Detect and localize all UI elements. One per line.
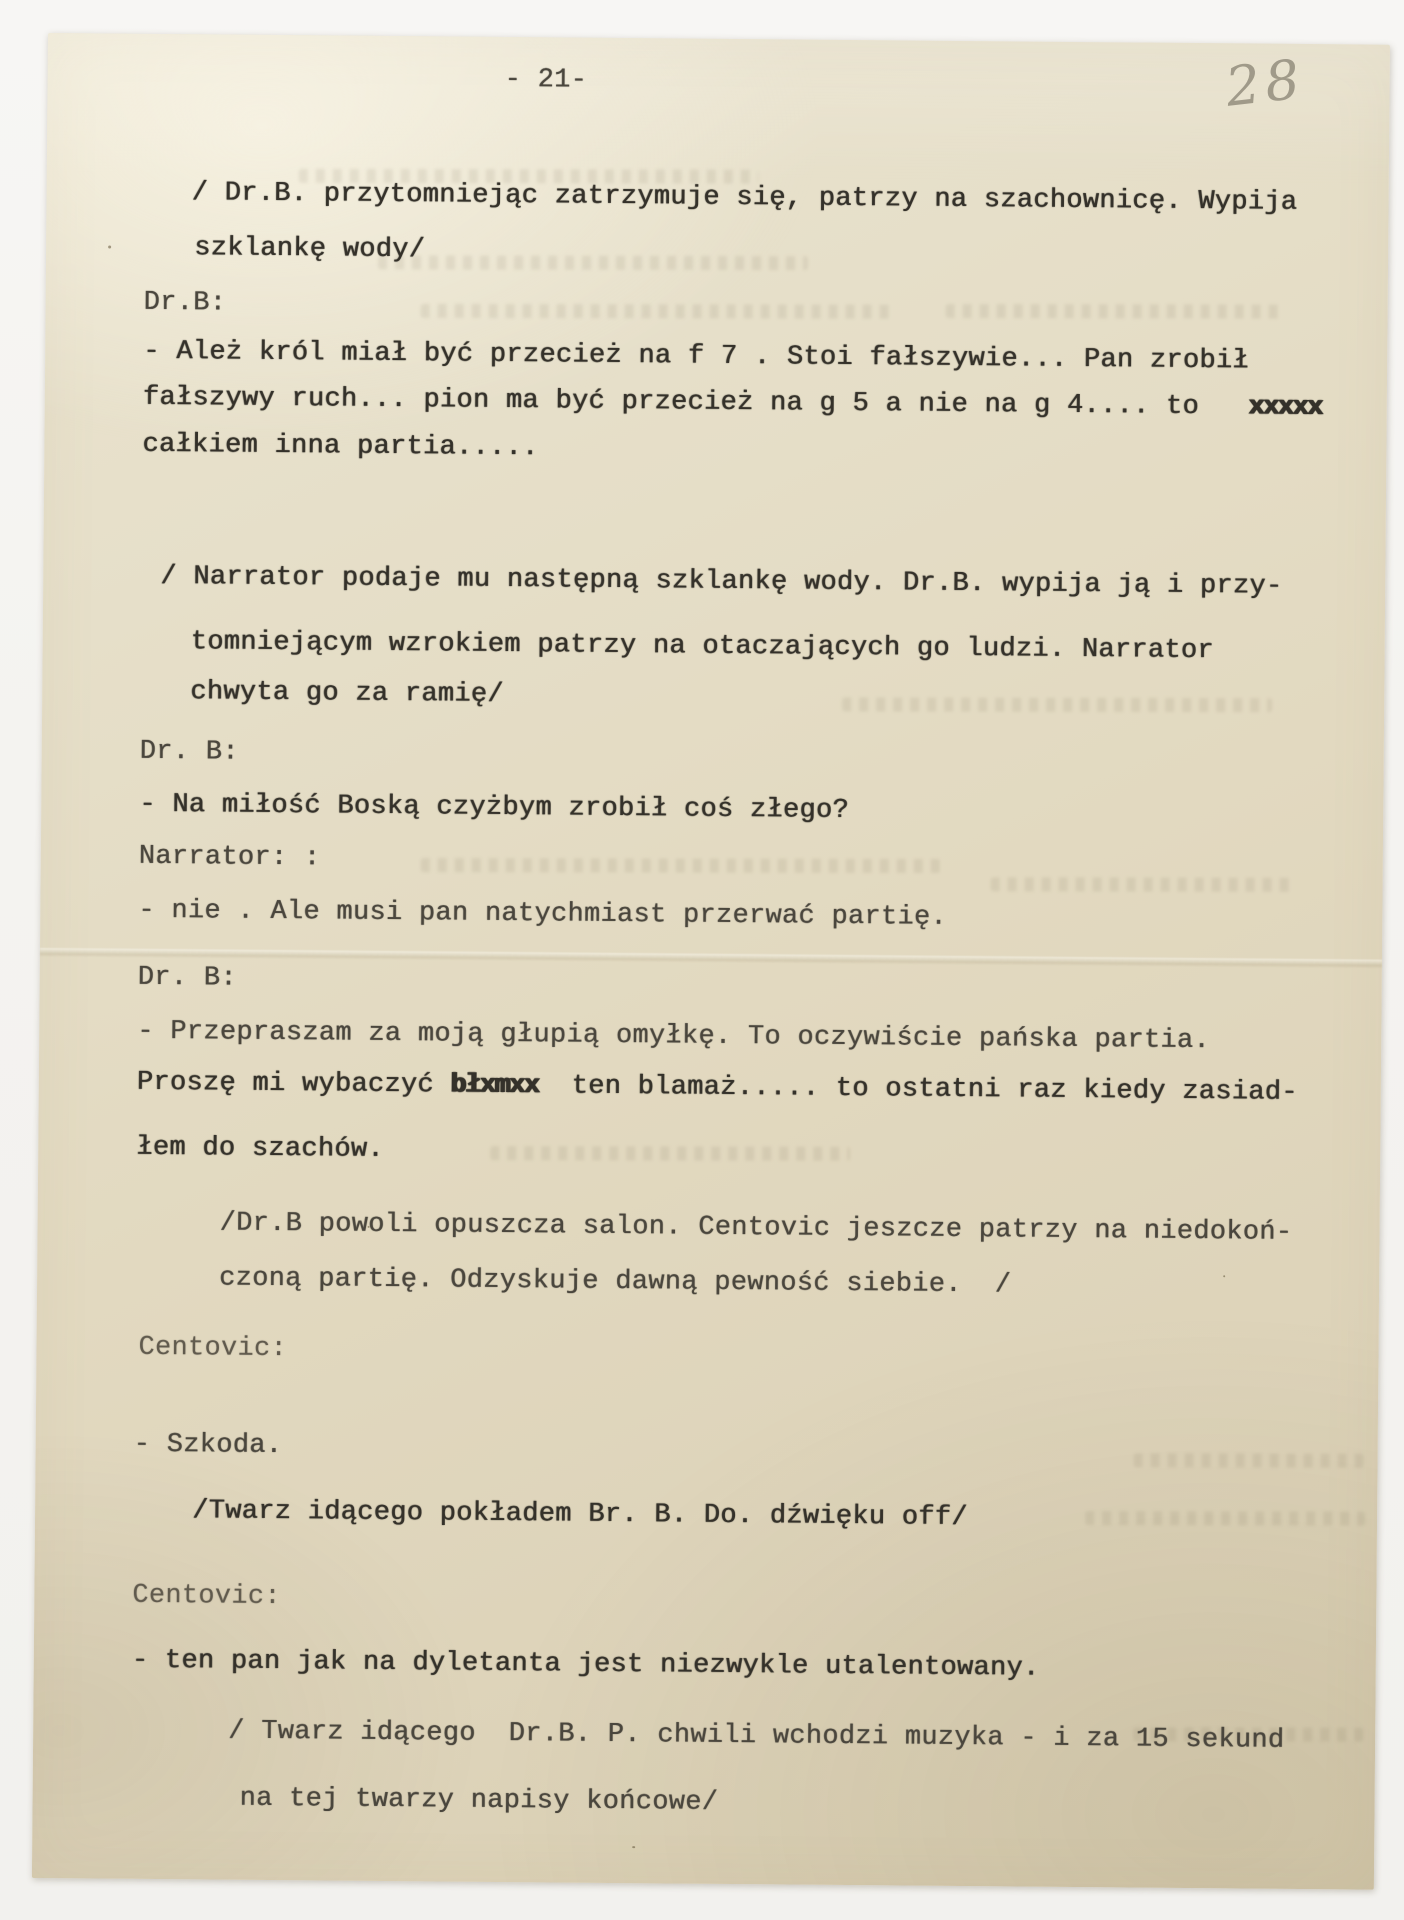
typescript-text: - ten pan jak na dyletanta jest niezwykl… — [132, 1646, 1040, 1684]
typescript-text: / Narrator podaje mu następną szklankę w… — [160, 562, 1282, 602]
typescript-line: fałszywy ruch... pion ma być przecież na… — [143, 385, 1322, 422]
typescript-line: całkiem inna partia..... — [142, 432, 538, 462]
typescript-line: - Szkoda. — [134, 1432, 283, 1460]
typescript-text: tomniejącym wzrokiem patrzy na otaczając… — [191, 627, 1214, 666]
typescript-line: Dr. B: — [138, 965, 237, 993]
paper-sheet: 28 - 21-/ Dr.B. przytomniejąc zatrzymuje… — [32, 33, 1390, 1890]
typescript-text: / Twarz idącego Dr.B. P. chwili wchodzi … — [228, 1717, 1284, 1756]
typescript-text: czoną partię. Odzyskuje dawną pewność si… — [219, 1264, 1011, 1301]
typescript-text: - 21- — [504, 65, 587, 96]
typescript-line: - 21- — [504, 67, 587, 95]
typescript-text: Dr. B: — [138, 963, 237, 994]
typed-text-layer: - 21-/ Dr.B. przytomniejąc zatrzymuje si… — [32, 33, 1390, 1890]
typescript-line: czoną partię. Odzyskuje dawną pewność si… — [219, 1266, 1011, 1300]
typescript-text: łem do szachów. — [136, 1133, 384, 1165]
typescript-text: Narrator: : — [139, 842, 321, 874]
typescript-text: szklankę wody/ — [194, 233, 425, 265]
typescript-line: tomniejącym wzrokiem patrzy na otaczając… — [191, 629, 1214, 665]
typescript-text: - nie . Ale musi pan natychmiast przerwa… — [138, 896, 947, 933]
typescript-text: na tej twarzy napisy końcowe/ — [239, 1784, 718, 1818]
typescript-text: - Ależ król miał być przecież na f 7 . S… — [143, 337, 1249, 377]
typescript-text: ten blamaż..... to ostatni raz kiedy zas… — [538, 1071, 1297, 1108]
typescript-line: Centovic: — [138, 1335, 287, 1363]
typescript-text: chwyta go za ramię/ — [190, 677, 504, 710]
typescript-text: fałszywy ruch... pion ma być przecież na… — [143, 383, 1249, 423]
typescript-line: - nie . Ale musi pan natychmiast przerwa… — [138, 898, 947, 932]
typescript-text: Dr. B: — [140, 737, 239, 768]
typescript-line: łem do szachów. — [136, 1135, 384, 1164]
typescript-line: - Przepraszam za moją głupią omyłkę. To … — [137, 1019, 1210, 1055]
scanned-document-page: 28 - 21-/ Dr.B. przytomniejąc zatrzymuje… — [0, 0, 1404, 1920]
typescript-text: - Na miłość Boską czyżbym zrobił coś złe… — [139, 790, 849, 826]
typescript-line: - Ależ król miał być przecież na f 7 . S… — [143, 339, 1249, 376]
overstruck-text: xxxxx — [1248, 392, 1322, 423]
typescript-line: /Dr.B powoli opuszcza salon. Centovic je… — [219, 1211, 1292, 1247]
typescript-text: Centovic: — [132, 1581, 281, 1612]
typescript-line: - ten pan jak na dyletanta jest niezwykl… — [132, 1648, 1040, 1683]
typescript-line: / Twarz idącego Dr.B. P. chwili wchodzi … — [228, 1719, 1284, 1755]
typescript-text: - Szkoda. — [134, 1430, 283, 1461]
typescript-line: na tej twarzy napisy końcowe/ — [239, 1786, 718, 1817]
typescript-line: Centovic: — [132, 1583, 281, 1611]
typescript-line: Dr. B: — [140, 739, 239, 767]
typescript-text: całkiem inna partia..... — [142, 430, 538, 463]
typescript-line: Proszę mi wybaczyć błxmxx ten blamaż....… — [137, 1070, 1298, 1107]
typescript-line: /Twarz idącego pokładem Br. B. Do. dźwię… — [192, 1498, 968, 1532]
typescript-text: Proszę mi wybaczyć — [137, 1068, 451, 1101]
typescript-text: / Dr.B. przytomniejąc zatrzymuje się, pa… — [191, 178, 1297, 218]
typescript-line: Dr.B: — [144, 290, 227, 318]
typescript-text: - Przepraszam za moją głupią omyłkę. To … — [137, 1017, 1210, 1056]
typescript-line: / Narrator podaje mu następną szklankę w… — [160, 564, 1282, 601]
typescript-line: - Na miłość Boską czyżbym zrobił coś złe… — [139, 792, 849, 825]
typescript-line: szklankę wody/ — [194, 235, 425, 264]
typescript-text: Dr.B: — [144, 288, 227, 319]
typescript-text: Centovic: — [138, 1333, 287, 1364]
typescript-text: /Twarz idącego pokładem Br. B. Do. dźwię… — [192, 1496, 968, 1533]
typescript-text: /Dr.B powoli opuszcza salon. Centovic je… — [219, 1209, 1292, 1248]
typescript-line: / Dr.B. przytomniejąc zatrzymuje się, pa… — [191, 180, 1297, 217]
overstruck-text: błxmxx — [450, 1071, 538, 1102]
typescript-line: chwyta go za ramię/ — [190, 679, 504, 709]
typescript-line: Narrator: : — [139, 844, 321, 873]
